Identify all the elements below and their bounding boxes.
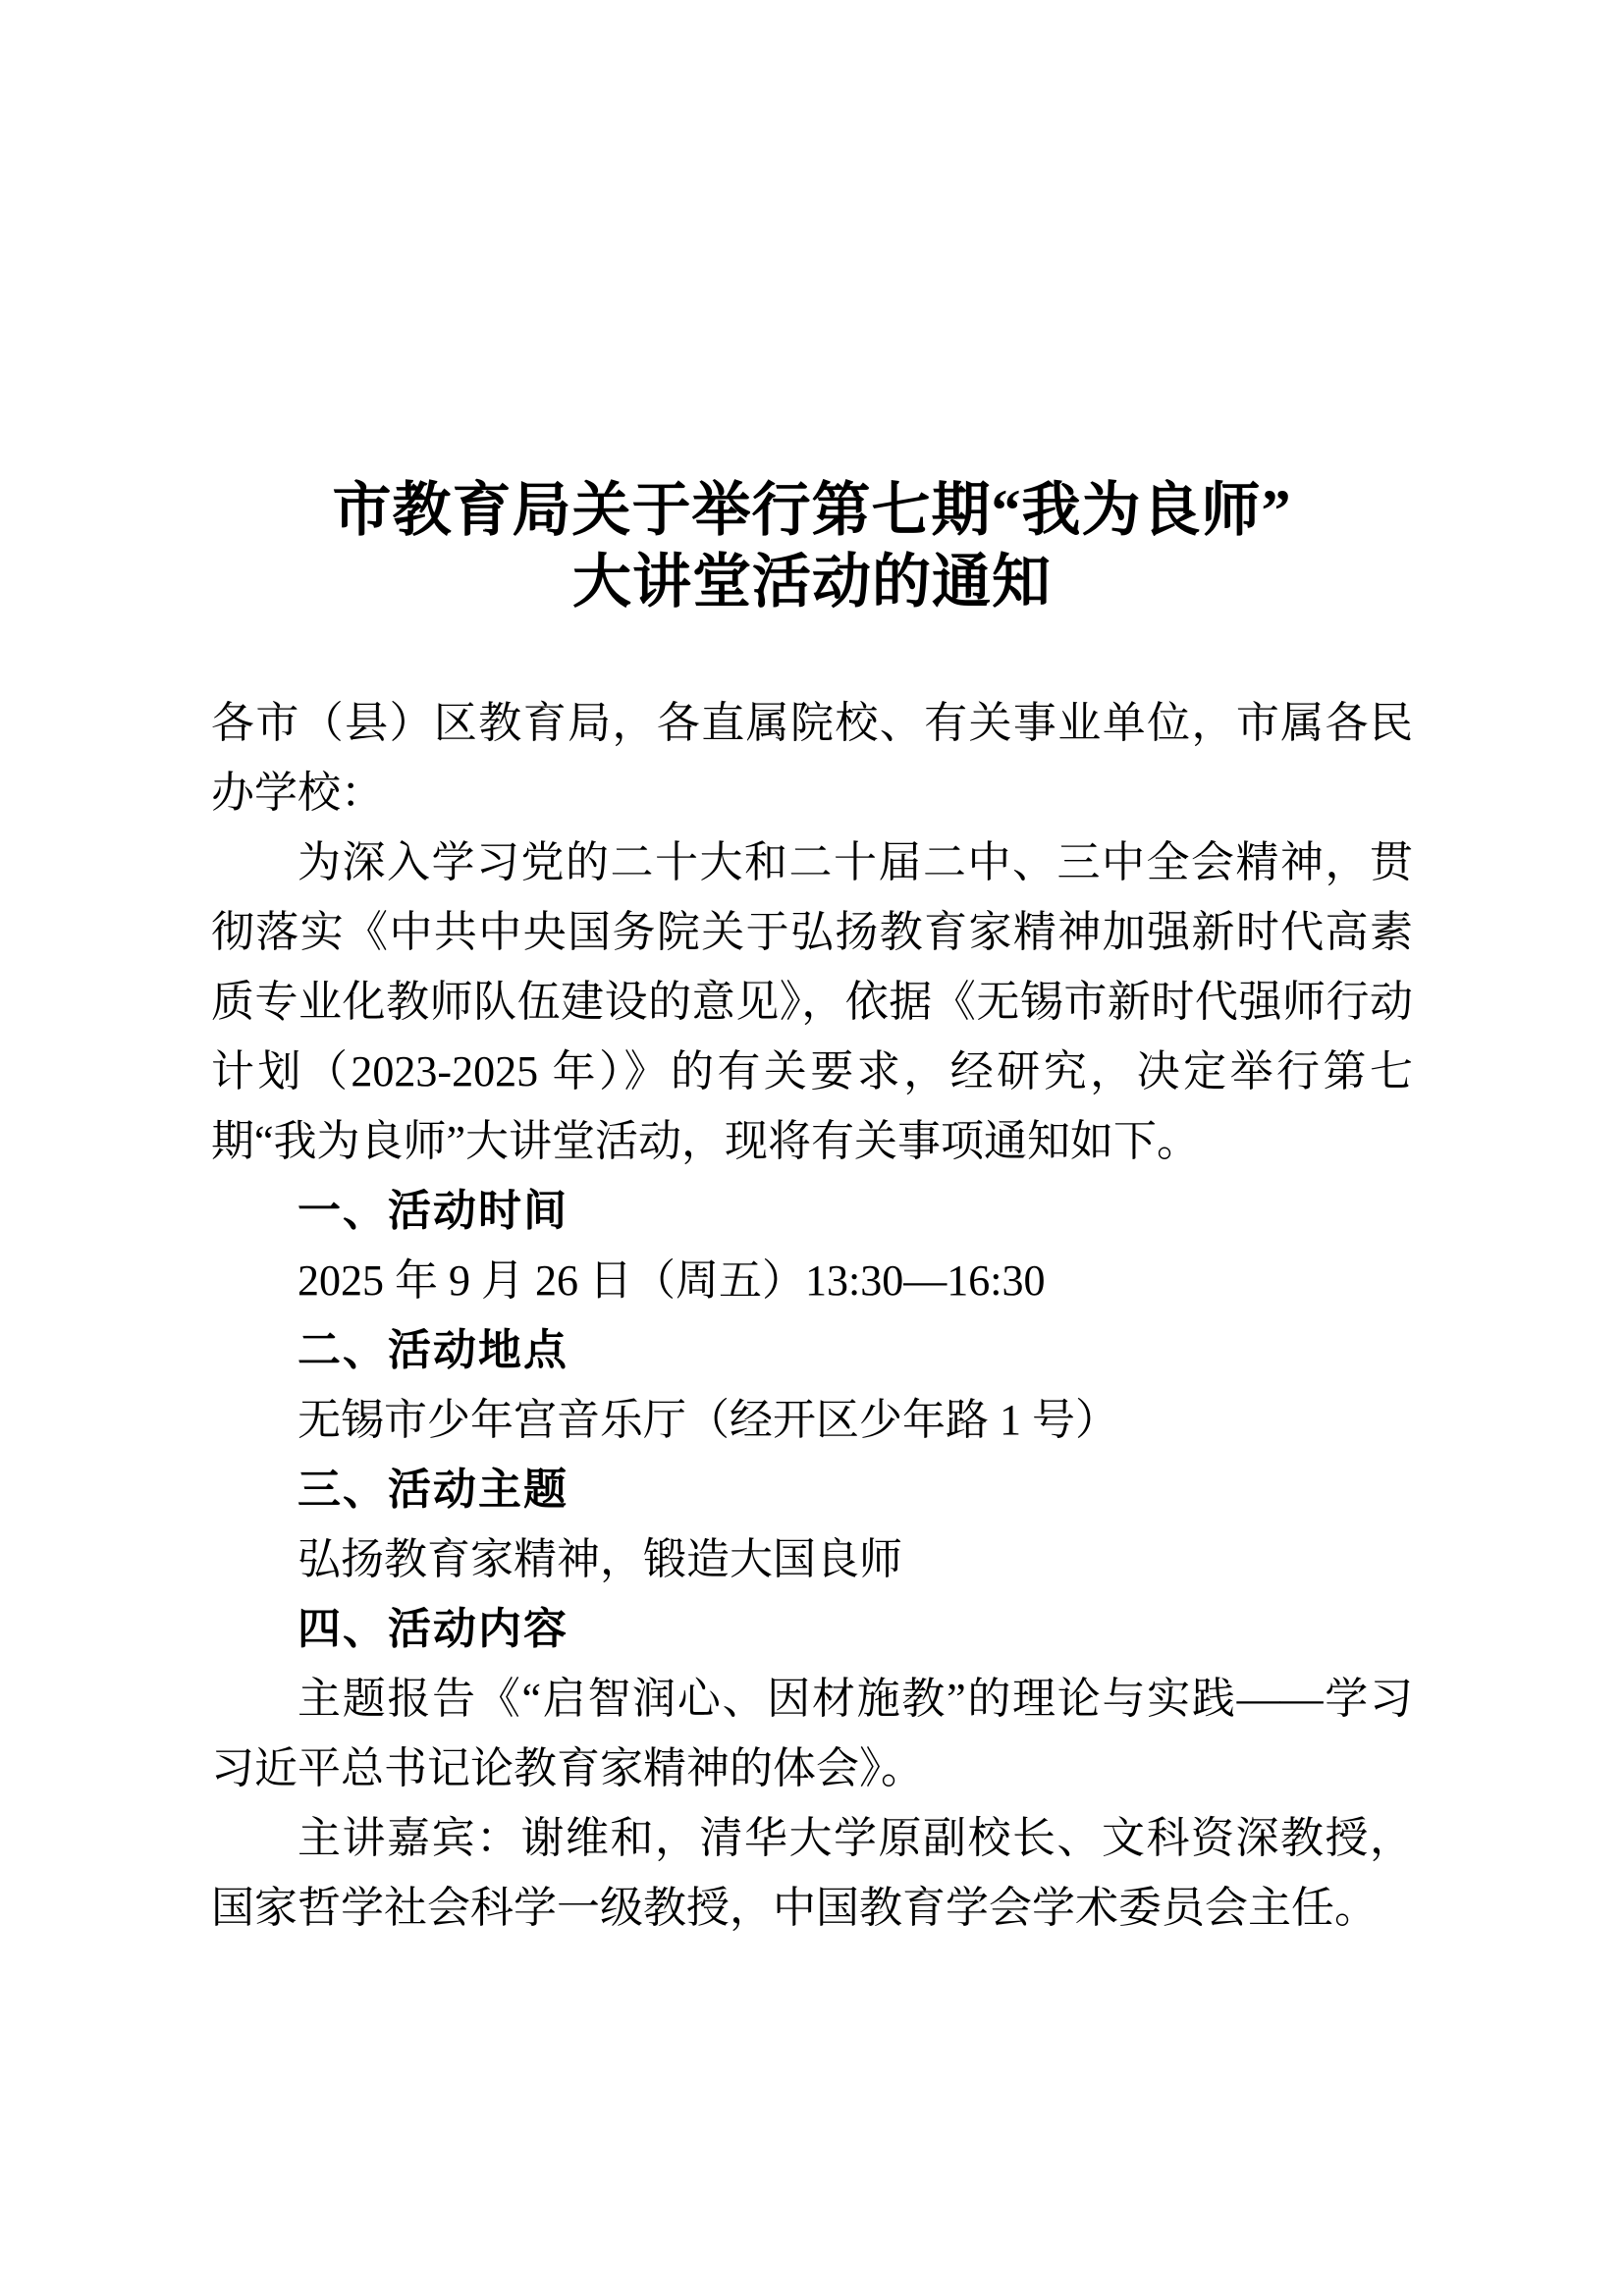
section-heading: 四、活动内容	[211, 1594, 1413, 1664]
section-heading: 三、活动主题	[211, 1455, 1413, 1524]
document-body: 各市（县）区教育局，各直属院校、有关事业单位，市属各民办学校：为深入学习党的二十…	[211, 688, 1413, 1943]
body-paragraph: 弘扬教育家精神，锻造大国良师	[211, 1524, 1413, 1594]
section-heading: 二、活动地点	[211, 1315, 1413, 1385]
body-paragraph: 为深入学习党的二十大和二十届二中、三中全会精神，贯彻落实《中共中央国务院关于弘扬…	[211, 828, 1413, 1176]
title-line-2: 大讲堂活动的通知	[572, 550, 1052, 614]
body-paragraph: 无锡市少年宫音乐厅（经开区少年路 1 号）	[211, 1385, 1413, 1455]
body-paragraph: 各市（县）区教育局，各直属院校、有关事业单位，市属各民办学校：	[211, 688, 1413, 828]
body-paragraph: 主题报告《“启智润心、因材施教”的理论与实践——学习习近平总书记论教育家精神的体…	[211, 1664, 1413, 1803]
body-paragraph: 主讲嘉宾：谢维和，清华大学原副校长、文科资深教授，国家哲学社会科学一级教授，中国…	[211, 1803, 1413, 1943]
title-line-1: 市教育局关于举行第七期“我为良师”	[333, 478, 1292, 543]
document-page: 市教育局关于举行第七期“我为良师” 大讲堂活动的通知 各市（县）区教育局，各直属…	[0, 0, 1624, 2296]
section-heading: 一、活动时间	[211, 1176, 1413, 1246]
body-paragraph: 2025 年 9 月 26 日（周五）13:30—16:30	[211, 1246, 1413, 1315]
document-title: 市教育局关于举行第七期“我为良师” 大讲堂活动的通知	[211, 475, 1413, 618]
